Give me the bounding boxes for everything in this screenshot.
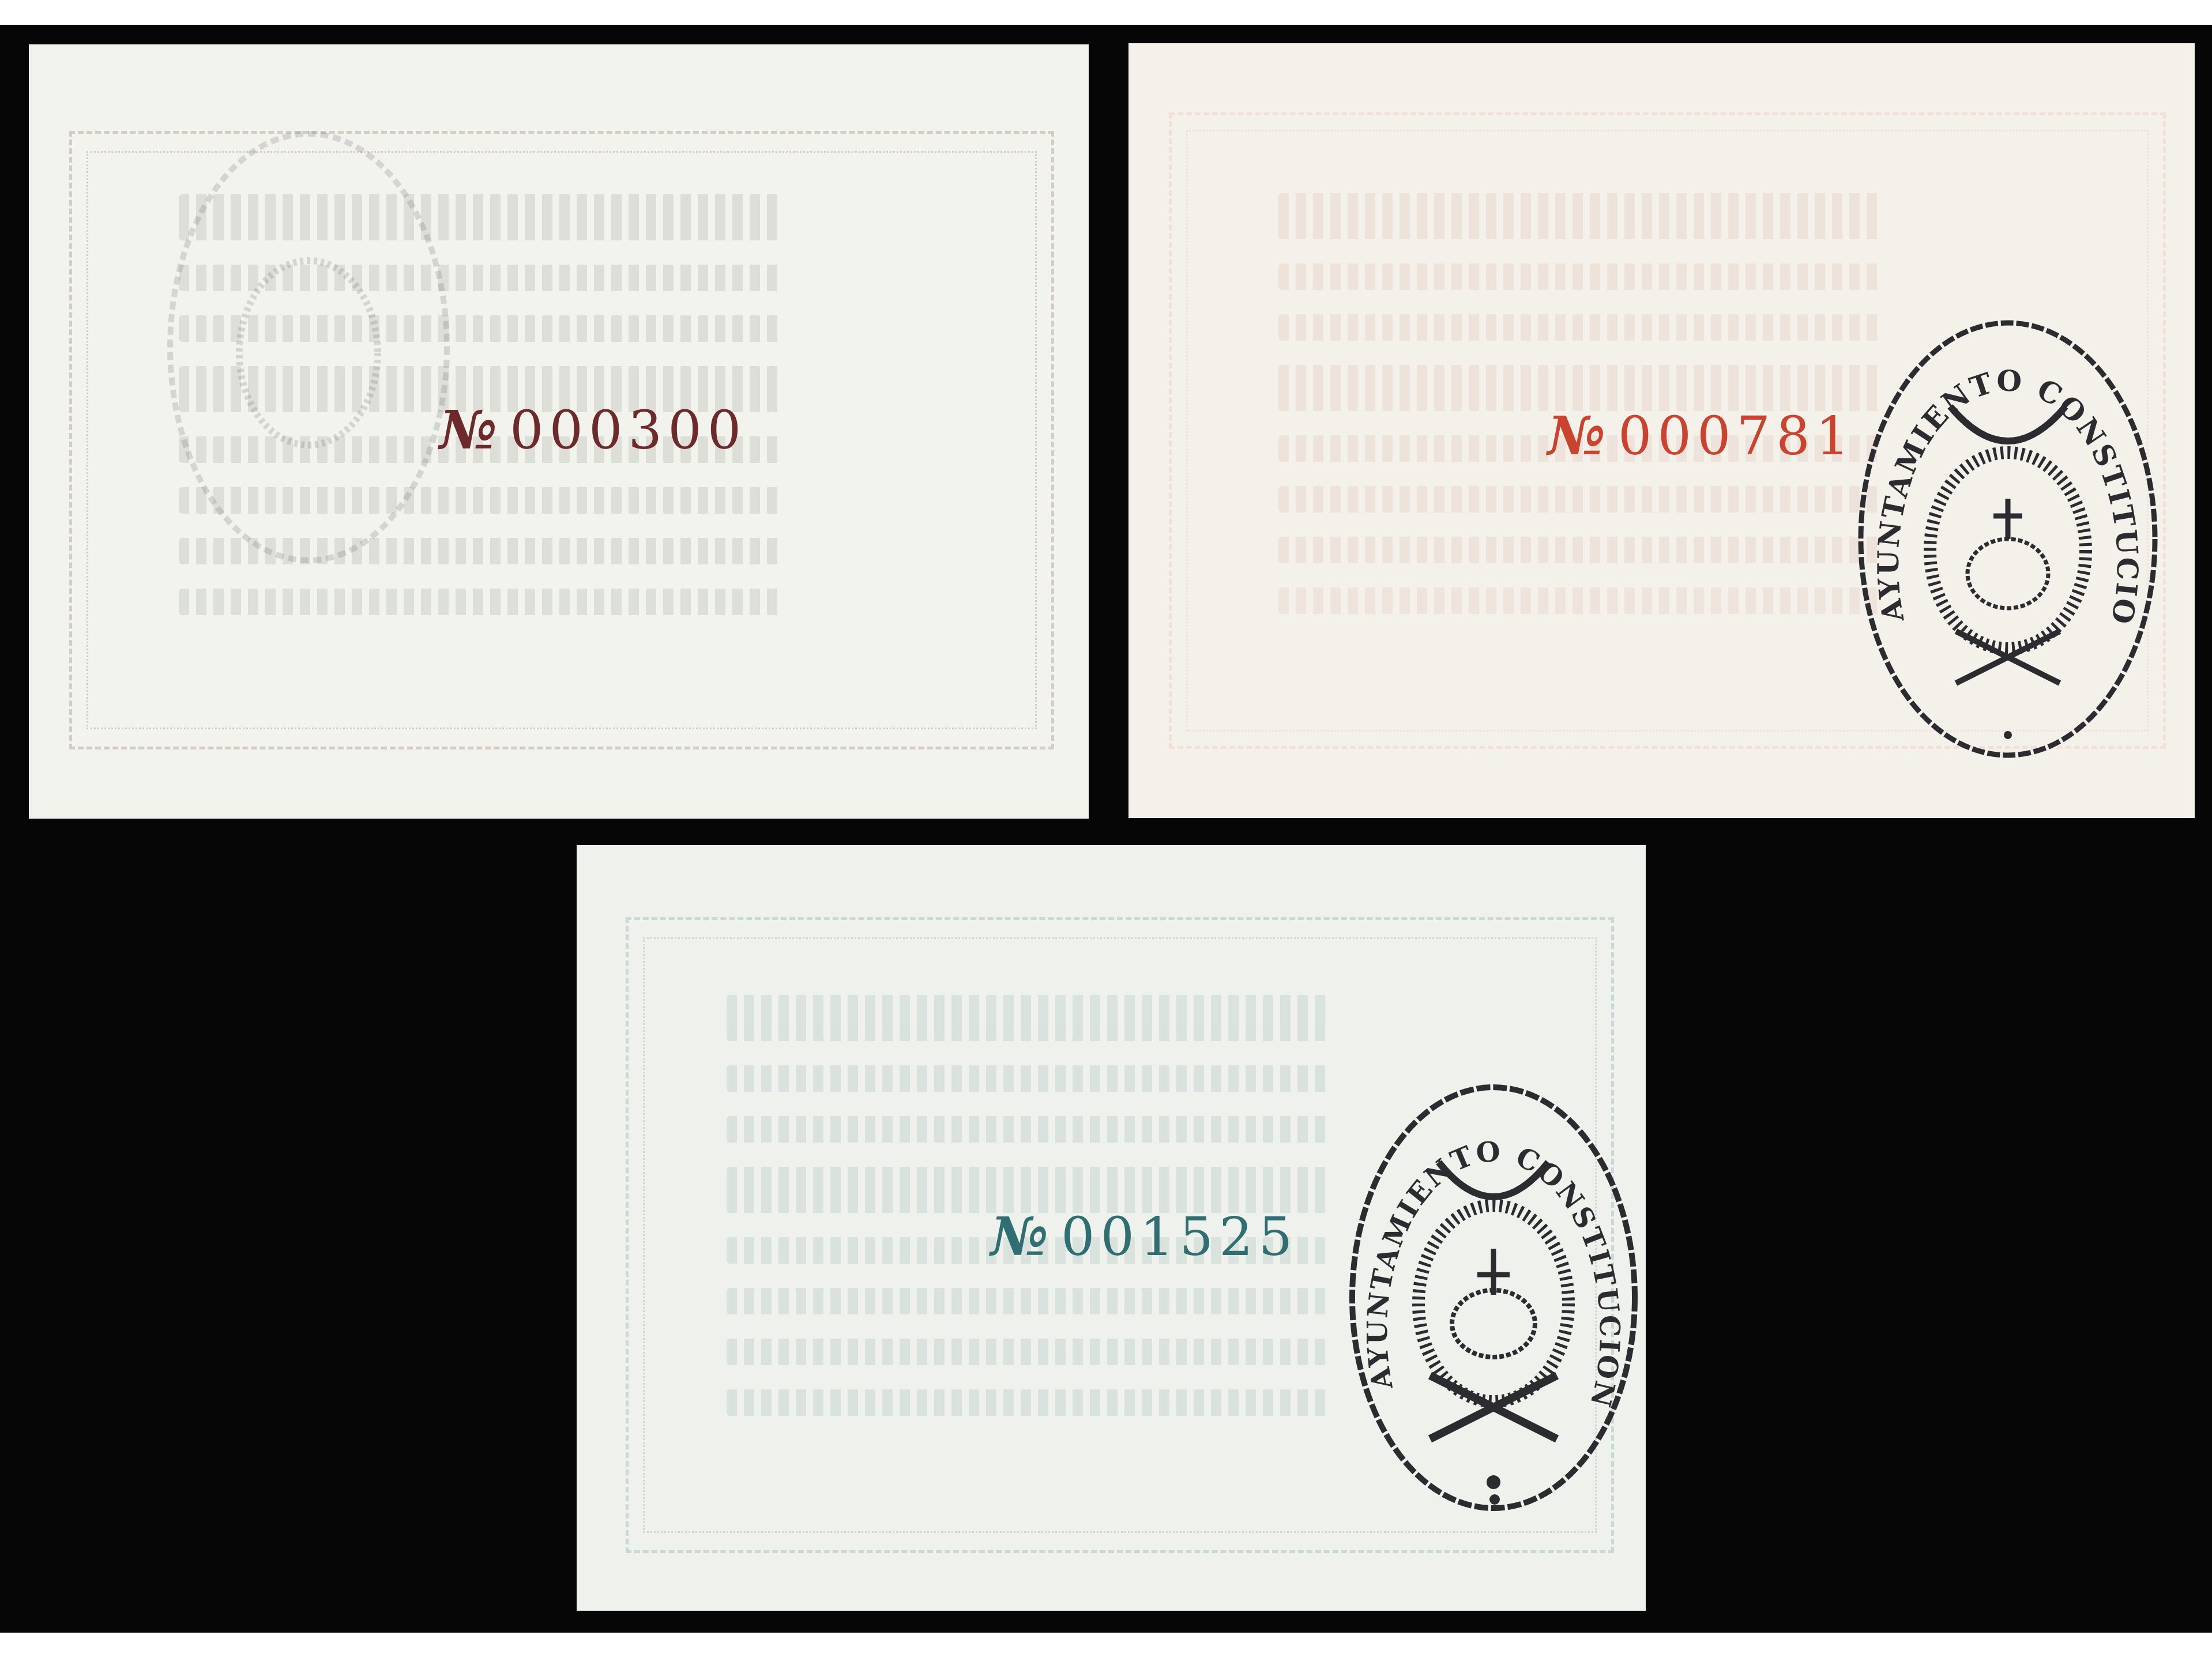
svg-text:AYUNTAMIENTO CONSTITUCIONAL DE: AYUNTAMIENTO CONSTITUCIONAL DE PALMA: [1344, 1076, 1626, 1412]
serial-number: №001525: [991, 1210, 1298, 1264]
crown-and-wreath-icon: AYUNTAMIENTO CONSTITUCIONAL DE PALMA: [1344, 1076, 1643, 1520]
show-through-stamp: [159, 122, 458, 572]
numero-sign: №: [991, 1205, 1048, 1268]
municipal-stamp: AYUNTAMIENTO CONSTITUCIONAL DE PALMA: [1344, 1076, 1643, 1520]
serial-digits: 001525: [1061, 1206, 1298, 1268]
svg-text:AYUNTAMIENTO CONSTITUCIONAL DE: AYUNTAMIENTO CONSTITUCIONAL DE PALMA: [1852, 308, 2145, 628]
serial-number: №000781: [1548, 409, 1855, 463]
stamp-oval-icon: [159, 122, 458, 572]
numero-sign: №: [439, 399, 497, 461]
numero-sign: №: [1548, 405, 1605, 467]
crown-and-wreath-icon: AYUNTAMIENTO CONSTITUCIONAL DE PALMA: [1852, 308, 2164, 764]
note-000781: №000781 AYUNTAMIENTO CONSTITUCIONAL DE P…: [1128, 43, 2195, 818]
note-001525: №001525 AYUNTAMIENTO CONSTITUCIONAL DE P…: [577, 845, 1646, 1611]
municipal-stamp: AYUNTAMIENTO CONSTITUCIONAL DE PALMA: [1852, 308, 2164, 764]
serial-digits: 000300: [510, 400, 747, 461]
serial-number: №000300: [439, 404, 747, 457]
note-000300: №000300: [29, 44, 1089, 819]
serial-digits: 000781: [1618, 405, 1855, 467]
